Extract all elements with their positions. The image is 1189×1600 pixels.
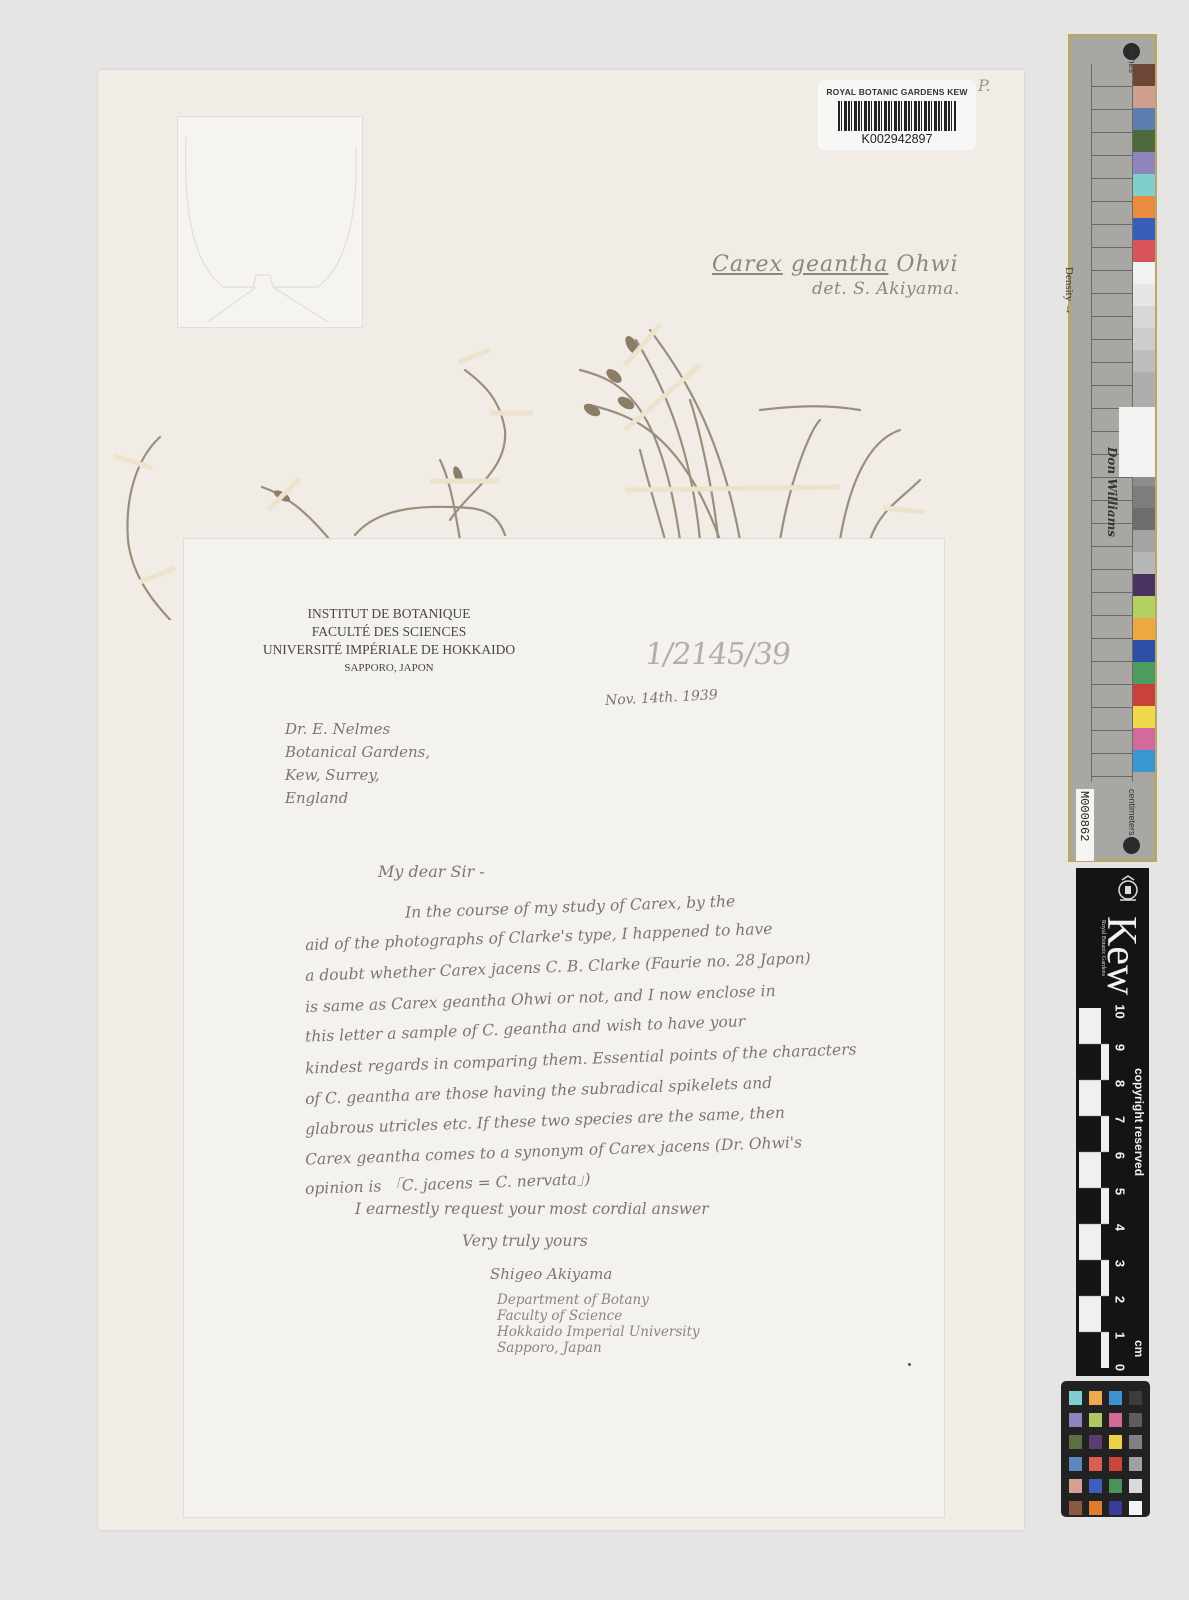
- colorbar-identifier: M000862: [1076, 789, 1094, 861]
- swatch: [1133, 130, 1155, 152]
- checker-cell: [1069, 1391, 1082, 1405]
- identifier-text: M000862: [1077, 791, 1091, 841]
- recipient-line: Botanical Gardens,: [285, 741, 430, 764]
- letterhead-line-4: SAPPORO, JAPON: [260, 659, 518, 677]
- cm-numbers: 10 9 8 7 6 5 4 3 2 1 0: [1110, 1008, 1128, 1368]
- recipient-line: England: [285, 787, 430, 810]
- checker-cell: [1109, 1391, 1122, 1405]
- swatch: [1133, 284, 1155, 306]
- letterhead: INSTITUT DE BOTANIQUE FACULTÉ DES SCIENC…: [260, 605, 518, 677]
- cm-number: 4: [1113, 1220, 1128, 1236]
- swatch: [1133, 684, 1155, 706]
- signature-block: Department of Botany Faculty of Science …: [497, 1292, 700, 1356]
- cm-number: 0: [1113, 1360, 1128, 1376]
- checker-cell: [1069, 1501, 1082, 1515]
- checker-cell: [1089, 1413, 1102, 1427]
- checker-cell: [1069, 1457, 1082, 1471]
- cm-number: 3: [1113, 1256, 1128, 1272]
- swatch: [1133, 174, 1155, 196]
- cm-number: 9: [1113, 1040, 1128, 1056]
- resolution-target: [1119, 407, 1155, 477]
- cm-number: 2: [1113, 1292, 1128, 1308]
- swatch: [1133, 64, 1155, 86]
- cm-number: 5: [1113, 1184, 1128, 1200]
- signature-line: Department of Botany: [497, 1292, 700, 1308]
- kew-scale-bar: Royal Botanic Gardens Kew 10 9 8 7 6 5 4…: [1076, 868, 1149, 1376]
- swatch: [1133, 240, 1155, 262]
- swatch: [1133, 262, 1155, 284]
- closing: Very truly yours: [462, 1232, 588, 1250]
- royal-crest-icon: [1116, 874, 1140, 906]
- carex-specimen-illustration: [0, 0, 1189, 620]
- checker-cell: [1069, 1479, 1082, 1493]
- swatch: [1133, 508, 1155, 530]
- swatch: [1133, 750, 1155, 772]
- copyright-notice: copyright reserved: [1132, 1068, 1146, 1176]
- checker-cell: [1089, 1479, 1102, 1493]
- swatch: [1133, 530, 1155, 552]
- cm-number: 10: [1113, 1004, 1128, 1020]
- swatch: [1133, 486, 1155, 508]
- checker-cell: [1109, 1435, 1122, 1449]
- checker-cell: [1069, 1435, 1082, 1449]
- cm-number: 7: [1113, 1112, 1128, 1128]
- recipient-line: Kew, Surrey,: [285, 764, 430, 787]
- cm-number: 6: [1113, 1148, 1128, 1164]
- checker-cell: [1109, 1457, 1122, 1471]
- swatch: [1133, 218, 1155, 240]
- unit-centimeters: centimeters: [1127, 789, 1137, 836]
- swatch: [1133, 552, 1155, 574]
- swatch: [1133, 706, 1155, 728]
- signature: Shigeo Akiyama: [490, 1265, 612, 1283]
- cm-number: 8: [1113, 1076, 1128, 1092]
- checker-cell: [1109, 1479, 1122, 1493]
- checker-cell: [1109, 1501, 1122, 1515]
- ink-dot: [908, 1363, 911, 1366]
- recipient-address: Dr. E. Nelmes Botanical Gardens, Kew, Su…: [285, 718, 430, 810]
- color-reference-bar: inches Density → Don Williams M0: [1068, 34, 1157, 862]
- checker-cell: [1069, 1413, 1082, 1427]
- swatch: [1133, 86, 1155, 108]
- cm-ruler-ticks: [1079, 1008, 1109, 1368]
- swatch: [1133, 640, 1155, 662]
- signature-line: Sapporo, Japan: [497, 1340, 700, 1356]
- swatch: [1133, 574, 1155, 596]
- checker-cell: [1089, 1501, 1102, 1515]
- checker-cell: [1129, 1435, 1142, 1449]
- checker-cell: [1129, 1457, 1142, 1471]
- swatch: [1133, 596, 1155, 618]
- checker-cell: [1089, 1391, 1102, 1405]
- swatch: [1133, 196, 1155, 218]
- checker-cell: [1109, 1413, 1122, 1427]
- salutation: My dear Sir -: [378, 862, 485, 881]
- letterhead-line-1: INSTITUT DE BOTANIQUE: [260, 605, 518, 623]
- letterhead-line-3: UNIVERSITÉ IMPÉRIALE DE HOKKAIDO: [260, 641, 518, 659]
- swatch: [1133, 306, 1155, 328]
- cm-number: 1: [1113, 1328, 1128, 1344]
- swatch: [1133, 662, 1155, 684]
- request-line: I earnestly request your most cordial an…: [355, 1200, 709, 1218]
- accession-stamp: 1/2145/39: [643, 637, 793, 672]
- swatch: [1133, 152, 1155, 174]
- checker-cell: [1129, 1413, 1142, 1427]
- swatch: [1133, 350, 1155, 372]
- recipient-line: Dr. E. Nelmes: [285, 718, 430, 741]
- checker-cell: [1129, 1479, 1142, 1493]
- swatch: [1133, 618, 1155, 640]
- checker-cell: [1089, 1435, 1102, 1449]
- checker-cell: [1089, 1457, 1102, 1471]
- checker-cell: [1129, 1501, 1142, 1515]
- letterhead-line-2: FACULTÉ DES SCIENCES: [260, 623, 518, 641]
- color-checker-card: [1061, 1381, 1150, 1517]
- colorbar-brand: Don Williams: [1105, 447, 1119, 537]
- swatch: [1133, 328, 1155, 350]
- unit-cm: cm: [1132, 1340, 1146, 1357]
- signature-line: Faculty of Science: [497, 1308, 700, 1324]
- punch-hole-icon: [1123, 837, 1140, 854]
- density-label: Density →: [1063, 267, 1075, 315]
- swatch: [1133, 108, 1155, 130]
- checker-cell: [1129, 1391, 1142, 1405]
- swatch: [1133, 728, 1155, 750]
- kew-logo: Kew: [1100, 916, 1142, 995]
- signature-line: Hokkaido Imperial University: [497, 1324, 700, 1340]
